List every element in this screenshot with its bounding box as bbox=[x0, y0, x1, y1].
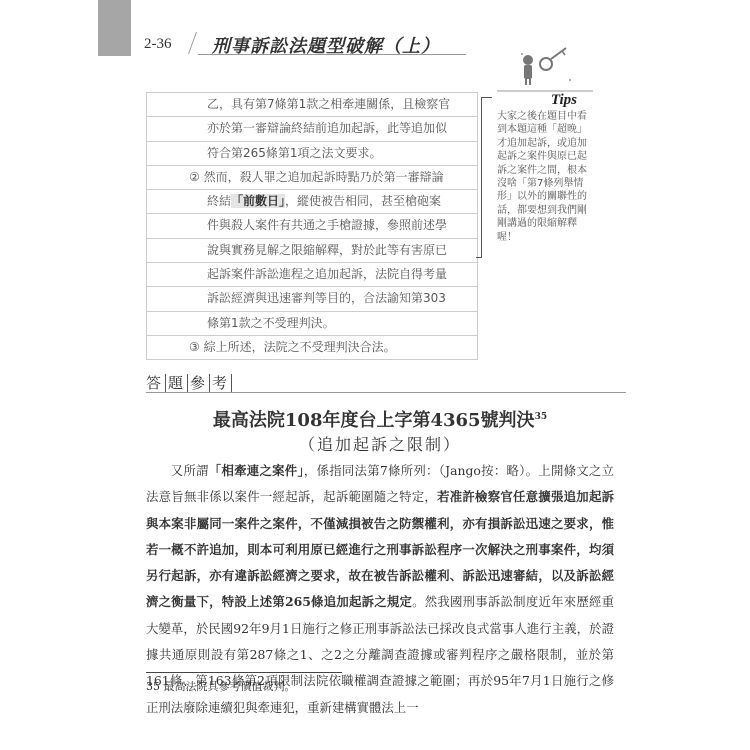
tips-sidebar: Tips 大家之後在題目中看到本題這種「超晚」才追加起訴，或追加起訴之案件與原已… bbox=[497, 90, 593, 244]
footnote: 35 最高法院具參考價值裁判。 bbox=[146, 678, 296, 694]
lined-row: 訴訟經濟與迅速審判等目的，合法諭知第303 bbox=[147, 286, 477, 310]
section-rule bbox=[146, 392, 626, 393]
tips-bracket-foot bbox=[476, 257, 482, 258]
answer-reference-label: 答題參考 bbox=[146, 372, 234, 393]
lined-row: 件與殺人案件有共通之手槍證據，參照前述學 bbox=[147, 213, 477, 237]
ruling-title: 最高法院108年度台上字第4365號判決35 bbox=[140, 406, 620, 432]
lined-row-text: 終結 bbox=[207, 194, 231, 208]
lined-row-text: ，縱使被告相同，甚至槍砲案 bbox=[285, 194, 441, 208]
lined-row: ③ 綜上所述，法院之不受理判決合法。 bbox=[147, 335, 477, 359]
highlighted-phrase: 「前數日」 bbox=[231, 194, 285, 208]
lined-row: ② 然而，殺人罪之追加起訴時點乃於第一審辯論 bbox=[147, 165, 477, 189]
lined-row: 亦於第一審辯論終結前追加起訴，此等追加似 bbox=[147, 116, 477, 140]
page-header: 2-36 刑事訴訟法題型破解（上） bbox=[140, 30, 470, 58]
header-divider bbox=[188, 32, 197, 54]
lined-row: 乙，具有第7條第1款之相牽連關係，且檢察官 bbox=[147, 92, 477, 116]
label-char: 考 bbox=[212, 374, 232, 392]
body-bold-text: 若准許檢察官任意擴張追加起訴與本案非屬同一案件之案件，不僅減損被告之防禦權利，亦… bbox=[146, 489, 614, 609]
tips-title: Tips bbox=[497, 90, 593, 109]
lined-row: 終結「前數日」，縱使被告相同，甚至槍砲案 bbox=[147, 189, 477, 213]
lined-row: 條第1款之不受理判決。 bbox=[147, 311, 477, 335]
tips-body: 大家之後在題目中看到本題這種「超晚」才追加起訴，或追加起訴之案件與原已起訴之案件… bbox=[497, 110, 593, 244]
chapter-tab-band bbox=[98, 0, 131, 56]
ruling-title-text: 最高法院108年度台上字第4365號判決 bbox=[213, 410, 535, 431]
body-bold-text: 「相牽連之案件」 bbox=[209, 463, 304, 478]
lined-row: 符合第265條第1項之法文要求。 bbox=[147, 141, 477, 165]
label-char: 題 bbox=[168, 374, 188, 392]
footnote-rule bbox=[146, 672, 342, 673]
mascot-key-icon bbox=[518, 46, 578, 86]
footnote-ref: 35 bbox=[535, 412, 548, 422]
header-rule bbox=[198, 54, 466, 55]
ruling-subtitle: （追加起訴之限制） bbox=[140, 432, 620, 455]
answer-lined-box: 乙，具有第7條第1款之相牽連關係，且檢察官 亦於第一審辯論終結前追加起訴，此等追… bbox=[146, 92, 478, 360]
body-text: 。然我國刑事訴訟制度近年來歷經重大變革，於民國92年9月1日施行之修正刑事訴訟法… bbox=[146, 594, 614, 714]
lined-row: 起訴案件訴訟進程之追加起訴，法院自得考量 bbox=[147, 262, 477, 286]
page-number: 2-36 bbox=[144, 36, 172, 53]
label-char: 參 bbox=[190, 374, 210, 392]
body-text: 又所謂 bbox=[171, 463, 209, 478]
tips-bracket bbox=[481, 97, 492, 258]
label-char: 答 bbox=[146, 374, 166, 392]
lined-row: 說與實務見解之限縮解釋，對於此等有害原已 bbox=[147, 238, 477, 262]
